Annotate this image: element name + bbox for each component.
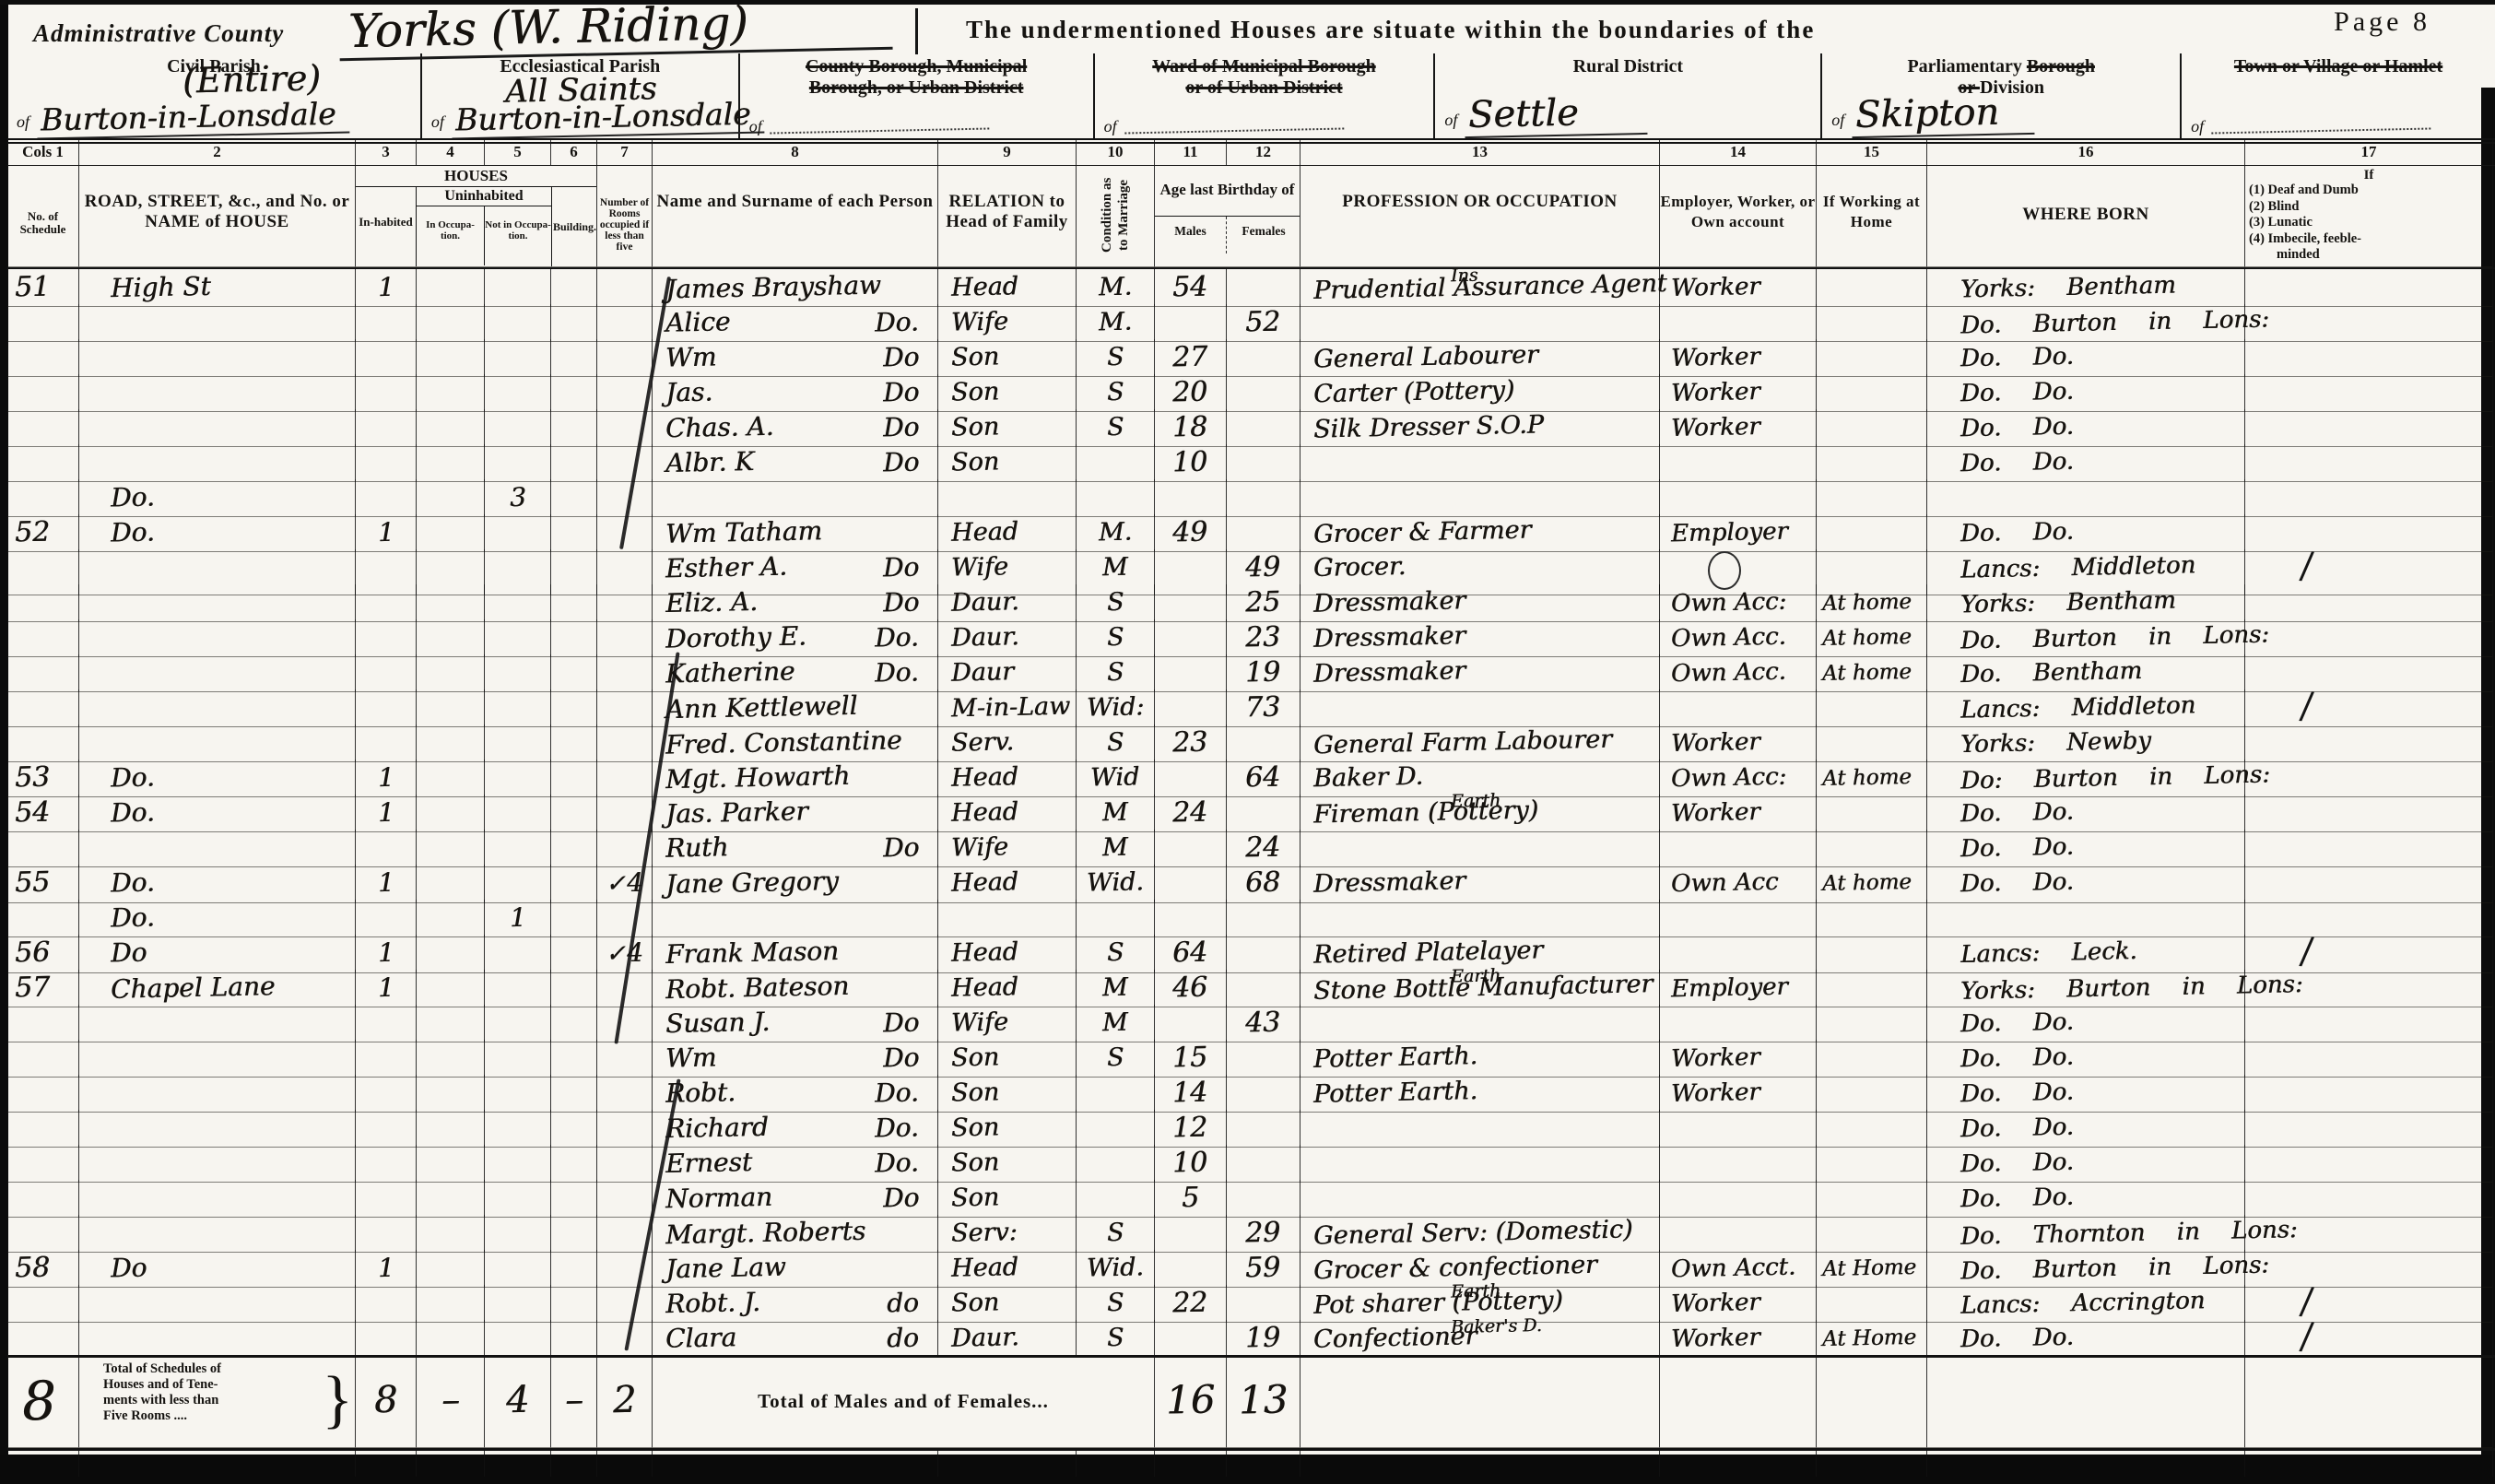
rooms-count (597, 304, 653, 342)
relation-to-head: Son (938, 1285, 1077, 1323)
relation-to-head: Daur (938, 654, 1077, 692)
header-males: Males (1155, 217, 1227, 253)
employer-status: Worker (1660, 1075, 1817, 1113)
header-condition: Condition as to Marriage (1077, 166, 1155, 267)
person-name: WmDo (653, 339, 938, 377)
cell-inhabited-mark: 1 (356, 760, 417, 797)
rooms-count (597, 619, 653, 657)
relation-to-head: Head (938, 514, 1077, 552)
cell-inhabited-mark (356, 1320, 417, 1358)
employer-status (1660, 1180, 1817, 1218)
age-male (1155, 619, 1227, 657)
age-male: 22 (1155, 1285, 1227, 1323)
occupation: Dressmaker (1300, 865, 1660, 903)
column-number: 9 (938, 140, 1077, 165)
cell-in-occupation-mark (417, 724, 485, 762)
census-row: 58Do1Jane LawHeadWid.59Grocer & confecti… (7, 1250, 2495, 1285)
cell-building-mark (551, 1040, 597, 1078)
cell-not-in-occupation-mark (485, 865, 551, 903)
cell-inhabited-mark (356, 584, 417, 622)
cell-inhabited-mark (356, 409, 417, 447)
infirmity-mark (2245, 654, 2493, 692)
cell-building-mark (551, 514, 597, 552)
rooms-count (597, 760, 653, 797)
employer-status (1660, 444, 1817, 482)
working-at-home: At home (1817, 584, 1927, 622)
header-label-segment: Borough, or Urban District (809, 77, 1024, 98)
age-female (1227, 1040, 1300, 1078)
age-female: 59 (1227, 1250, 1300, 1288)
cell-not-in-occupation-mark (485, 1110, 551, 1148)
where-born: Do. Do. (1927, 1145, 2245, 1183)
marriage-condition: S (1077, 584, 1155, 622)
infirmity-mark (2245, 830, 2493, 867)
census-row: Ann KettlewellM-in-LawWid:73Lancs: Middl… (7, 689, 2495, 724)
of-label: of (1104, 117, 1117, 135)
totals-schedule-count: 8 (7, 1358, 79, 1448)
working-at-home: At home (1817, 865, 1927, 903)
parish-script-note: (Entire) (182, 57, 322, 100)
infirmity-mark (2245, 795, 2493, 832)
age-female (1227, 795, 1300, 832)
parish-box-6: Parliamentary Boroughor DivisionofSkipto… (1822, 53, 2182, 138)
occupation: Silk Dresser S.O.P (1300, 409, 1660, 447)
age-male: 64 (1155, 935, 1227, 973)
working-at-home (1817, 900, 1927, 937)
employer-status: Employer (1660, 514, 1817, 552)
occupation: General Labourer (1300, 339, 1660, 377)
census-row: Robt.Do.Son14Potter Earth.WorkerDo. Do. (7, 1075, 2495, 1110)
working-at-home (1817, 374, 1927, 412)
relation-to-head: Wife (938, 1005, 1077, 1042)
working-at-home (1817, 1285, 1927, 1323)
cell-building-mark (551, 1180, 597, 1218)
marriage-condition (1077, 1180, 1155, 1218)
age-male: 10 (1155, 1145, 1227, 1183)
cell-building-mark (551, 830, 597, 867)
schedule-number (7, 304, 79, 342)
cell-inhabited-mark (356, 339, 417, 377)
where-born: Do. Do. (1927, 374, 2245, 412)
age-female (1227, 1180, 1300, 1218)
age-male: 27 (1155, 339, 1227, 377)
person-name: RuthDo (653, 830, 938, 867)
employer-status: Worker (1660, 339, 1817, 377)
age-female (1227, 724, 1300, 762)
cell-in-occupation-mark (417, 1075, 485, 1113)
cell-not-in-occupation-mark (485, 514, 551, 552)
marriage-condition: M. (1077, 514, 1155, 552)
cell-building-mark (551, 1110, 597, 1148)
employer-status: Worker (1660, 374, 1817, 412)
cell-inhabited-mark (356, 724, 417, 762)
parish-box-3: County Borough, MunicipalBorough, or Urb… (740, 53, 1095, 138)
working-at-home (1817, 479, 1927, 517)
marriage-condition (1077, 479, 1155, 517)
cell-in-occupation-mark (417, 900, 485, 937)
schedule-number (7, 830, 79, 867)
census-row: Eliz. A.DoDaur.S25DressmakerOwn Acc:At h… (7, 584, 2495, 619)
relation-to-head (938, 479, 1077, 517)
header-in-occupation: In Occupa-tion. (417, 206, 485, 265)
cell-inhabited-mark: 1 (356, 795, 417, 832)
schedule-number: 51 (7, 269, 79, 307)
cell-in-occupation-mark (417, 1285, 485, 1323)
cell-inhabited-mark: 1 (356, 269, 417, 307)
cell-inhabited-mark (356, 1180, 417, 1218)
cell-in-occupation-mark (417, 830, 485, 867)
rooms-count (597, 900, 653, 937)
cell-not-in-occupation-mark (485, 970, 551, 1007)
stub-cell (597, 1451, 653, 1477)
age-female (1227, 444, 1300, 482)
infirmity-mark (2245, 584, 2493, 622)
occupation: Fireman (Pottery)Earth (1300, 795, 1660, 832)
header-uninhabited: Uninhabited (417, 187, 551, 206)
cell-inhabited-mark (356, 900, 417, 937)
where-born: Do. Do. (1927, 1040, 2245, 1078)
infirmity-mark (2245, 724, 2493, 762)
where-born: Do. Burton in Lons: (1927, 304, 2245, 342)
totals-inhabited: 8 (356, 1358, 417, 1448)
schedule-number (7, 1040, 79, 1078)
road-name: Do. (79, 514, 356, 552)
parish-value: Skipton (1852, 90, 2035, 138)
employer-status (1660, 1005, 1817, 1042)
relation-to-head: M-in-Law (938, 689, 1077, 727)
cell-building-mark (551, 339, 597, 377)
schedule-number (7, 900, 79, 937)
header-label-segment: County Borough, Municipal (806, 56, 1027, 77)
stub-cell (551, 1451, 597, 1477)
cell-in-occupation-mark (417, 689, 485, 727)
census-row: Chas. A.DoSonS18Silk Dresser S.O.PWorker… (7, 409, 2495, 444)
where-born: Do: Burton in Lons: (1927, 760, 2245, 797)
header-age-title: Age last Birthday of (1155, 166, 1300, 216)
occupation: Dressmaker (1300, 619, 1660, 657)
cell-inhabited-mark (356, 1110, 417, 1148)
road-name (79, 444, 356, 482)
cell-not-in-occupation-mark (485, 1285, 551, 1323)
person-name: Robt. Bateson (653, 970, 938, 1007)
cell-inhabited-mark (356, 304, 417, 342)
occupation (1300, 1005, 1660, 1042)
census-row: WmDoSonS27General LabourerWorkerDo. Do. (7, 339, 2495, 374)
totals-empty-infirm (2245, 1358, 2493, 1448)
road-name (79, 584, 356, 622)
cell-in-occupation-mark (417, 584, 485, 622)
infirmity-mark (2245, 479, 2493, 517)
cell-not-in-occupation-mark (485, 444, 551, 482)
infirmity-mark (2245, 1075, 2493, 1113)
where-born: Do. Do. (1927, 444, 2245, 482)
working-at-home: At Home (1817, 1250, 1927, 1288)
marriage-condition (1077, 900, 1155, 937)
rooms-count (597, 584, 653, 622)
census-row: Do.1 (7, 900, 2495, 935)
working-at-home (1817, 514, 1927, 552)
age-male: 18 (1155, 409, 1227, 447)
age-male (1155, 865, 1227, 903)
where-born: Do. Do. (1927, 795, 2245, 832)
employer-status (1660, 304, 1817, 342)
where-born: Do. Do. (1927, 339, 2245, 377)
infirmity-mark (2245, 339, 2493, 377)
parish-value: Burton-in-Lonsdale (37, 95, 349, 139)
brace-glyph: } (322, 1363, 353, 1437)
relation-to-head (938, 900, 1077, 937)
cell-in-occupation-mark (417, 304, 485, 342)
totals-empty-employer (1660, 1358, 1817, 1448)
schedule-number: 53 (7, 760, 79, 797)
census-row: Robt. J.doSonS22Pot sharer (Pottery)Eart… (7, 1285, 2495, 1320)
cell-inhabited-mark (356, 689, 417, 727)
marriage-condition (1077, 444, 1155, 482)
age-female (1227, 1285, 1300, 1323)
person-name: NormanDo (653, 1180, 938, 1218)
parish-box-7: Town or Village or Hamletof (2182, 53, 2495, 138)
cell-inhabited-mark (356, 1005, 417, 1042)
marriage-condition: S (1077, 409, 1155, 447)
schedule-number (7, 444, 79, 482)
person-name: Wm Tatham (653, 514, 938, 552)
parish-script-note: All Saints (504, 70, 656, 110)
header-name: Name and Surname of each Person (653, 166, 938, 267)
relation-to-head: Wife (938, 304, 1077, 342)
schedule-number (7, 374, 79, 412)
census-row: 57Chapel Lane1Robt. BatesonHeadM46Stone … (7, 970, 2495, 1005)
rooms-count (597, 1110, 653, 1148)
column-number: 4 (417, 140, 485, 165)
of-label: of (1444, 111, 1457, 129)
occupation: ConfectionerBaker's D. (1300, 1320, 1660, 1358)
schedule-number (7, 1215, 79, 1253)
age-female (1227, 514, 1300, 552)
employer-status: Worker (1660, 1285, 1817, 1323)
stub-cell (485, 1451, 551, 1477)
cell-inhabited-mark (356, 374, 417, 412)
rooms-count (597, 1285, 653, 1323)
working-at-home (1817, 795, 1927, 832)
road-name (79, 1320, 356, 1358)
where-born: Yorks: Bentham (1927, 584, 2245, 622)
cell-in-occupation-mark (417, 514, 485, 552)
stub-cell (1660, 1451, 1817, 1477)
relation-to-head: Son (938, 1040, 1077, 1078)
cell-building-mark (551, 900, 597, 937)
cell-inhabited-mark (356, 619, 417, 657)
employer-status: Worker (1660, 409, 1817, 447)
road-name (79, 1180, 356, 1218)
cell-inhabited-mark (356, 1145, 417, 1183)
person-name: Fred. Constantine (653, 724, 938, 762)
infirmity-mark (2245, 900, 2493, 937)
infirmity-mark: ∕ (2245, 689, 2493, 727)
stub-cell (1927, 1451, 2245, 1477)
where-born: Do. Do. (1927, 409, 2245, 447)
road-name (79, 339, 356, 377)
marriage-condition: M. (1077, 304, 1155, 342)
infirmity-mark (2245, 1145, 2493, 1183)
road-name (79, 1040, 356, 1078)
relation-to-head: Head (938, 269, 1077, 307)
column-number: 7 (597, 140, 653, 165)
working-at-home (1817, 1040, 1927, 1078)
header-houses-group: HOUSES In-habited Uninhabited In Occupa-… (356, 166, 597, 267)
where-born: Do. Do. (1927, 830, 2245, 867)
person-name: Jas.Do (653, 374, 938, 412)
age-female (1227, 970, 1300, 1007)
age-female (1227, 1145, 1300, 1183)
census-row: Dorothy E.Do.Daur.S23DressmakerOwn Acc.A… (7, 619, 2495, 654)
marriage-condition: Wid (1077, 760, 1155, 797)
relation-to-head: Son (938, 1145, 1077, 1183)
cell-inhabited-mark (356, 1215, 417, 1253)
person-name (653, 479, 938, 517)
stub-cell (1077, 1451, 1155, 1477)
cell-not-in-occupation-mark (485, 269, 551, 307)
relation-to-head: Son (938, 409, 1077, 447)
of-label: of (431, 112, 444, 131)
totals-not-in-occupation: 4 (485, 1358, 551, 1448)
road-name (79, 1285, 356, 1323)
occupation: Prudential Assurance AgentIns (1300, 269, 1660, 307)
totals-empty-at-home (1817, 1358, 1927, 1448)
marriage-condition: Wid. (1077, 1250, 1155, 1288)
infirmity-mark (2245, 619, 2493, 657)
schedule-number: 56 (7, 935, 79, 973)
cell-inhabited-mark (356, 444, 417, 482)
schedule-number (7, 1005, 79, 1042)
relation-to-head: Son (938, 374, 1077, 412)
relation-to-head: Son (938, 444, 1077, 482)
schedule-number (7, 339, 79, 377)
employer-status (1660, 900, 1817, 937)
cell-in-occupation-mark (417, 970, 485, 1007)
cell-building-mark (551, 1250, 597, 1288)
schedule-number (7, 1180, 79, 1218)
road-name (79, 1075, 356, 1113)
employer-status: Worker (1660, 269, 1817, 307)
header-label-segment: Rural District (1573, 56, 1683, 77)
working-at-home (1817, 1180, 1927, 1218)
rooms-count (597, 1040, 653, 1078)
where-born: Do. Do. (1927, 1320, 2245, 1358)
working-at-home (1817, 1005, 1927, 1042)
age-female (1227, 269, 1300, 307)
header-where-born: WHERE BORN (1927, 166, 2245, 267)
cell-in-occupation-mark (417, 654, 485, 692)
cell-in-occupation-mark (417, 865, 485, 903)
age-male: 5 (1155, 1180, 1227, 1218)
employer-status: Own Acc: (1660, 584, 1817, 622)
cell-in-occupation-mark (417, 339, 485, 377)
census-row: ErnestDo.Son10Do. Do. (7, 1145, 2495, 1180)
occupation: Stone Bottle ManufacturerEarth (1300, 970, 1660, 1007)
working-at-home (1817, 339, 1927, 377)
header-inhabited: In-habited (356, 187, 417, 266)
header-age-group: Age last Birthday of Males Females (1155, 166, 1300, 267)
person-name: ErnestDo. (653, 1145, 938, 1183)
employer-status (1660, 830, 1817, 867)
person-name: Jas. Parker (653, 795, 938, 832)
cell-in-occupation-mark (417, 444, 485, 482)
relation-to-head: Daur. (938, 619, 1077, 657)
age-female: 64 (1227, 760, 1300, 797)
schedule-number (7, 1320, 79, 1358)
census-row: WmDoSonS15Potter Earth.WorkerDo. Do. (7, 1040, 2495, 1075)
schedule-number (7, 409, 79, 447)
cell-building-mark (551, 269, 597, 307)
road-name (79, 409, 356, 447)
rooms-count (597, 1145, 653, 1183)
infirmity-mark (2245, 760, 2493, 797)
working-at-home (1817, 409, 1927, 447)
person-name: Albr. KDo (653, 444, 938, 482)
cell-building-mark (551, 304, 597, 342)
schedule-number: 52 (7, 514, 79, 552)
cell-building-mark (551, 689, 597, 727)
header-infirmities: If (1) Deaf and Dumb (2) Blind (3) Lunat… (2245, 166, 2493, 267)
census-row: Albr. KDoSon10Do. Do. (7, 444, 2495, 479)
schedule-number: 55 (7, 865, 79, 903)
cell-in-occupation-mark (417, 1110, 485, 1148)
parish-box-1: Civil Parish(Entire)ofBurton-in-Lonsdale (7, 53, 422, 138)
schedule-number (7, 654, 79, 692)
rooms-count (597, 724, 653, 762)
cell-not-in-occupation-mark (485, 339, 551, 377)
schedule-number (7, 1285, 79, 1323)
rooms-count (597, 654, 653, 692)
header-building: Building. (551, 187, 597, 266)
occupation: General Farm Labourer (1300, 724, 1660, 762)
marriage-condition: S (1077, 619, 1155, 657)
cell-building-mark (551, 935, 597, 973)
census-row: Margt. RobertsServ:S29General Serv: (Dom… (7, 1215, 2495, 1250)
totals-rooms: 2 (597, 1358, 653, 1448)
person-name: Jane Law (653, 1250, 938, 1288)
where-born: Yorks: Bentham (1927, 269, 2245, 307)
employer-status (1660, 1110, 1817, 1148)
column-headers-row: No. of Schedule ROAD, STREET, &c., and N… (7, 166, 2495, 269)
working-at-home (1817, 935, 1927, 973)
schedule-number (7, 689, 79, 727)
age-female: 19 (1227, 654, 1300, 692)
employer-status: Own Acct. (1660, 1250, 1817, 1288)
age-female (1227, 339, 1300, 377)
age-female (1227, 479, 1300, 517)
cell-in-occupation-mark (417, 1145, 485, 1183)
age-female: 68 (1227, 865, 1300, 903)
road-name: Do. (79, 865, 356, 903)
cell-inhabited-mark: 1 (356, 865, 417, 903)
employer-status (1660, 935, 1817, 973)
census-row: 53Do.1Mgt. HowarthHeadWid64Baker D.Own A… (7, 760, 2495, 795)
column-number: 11 (1155, 140, 1227, 165)
marriage-condition (1077, 1145, 1155, 1183)
age-female (1227, 409, 1300, 447)
cell-in-occupation-mark (417, 1320, 485, 1358)
admin-header-band: Administrative County Yorks (W. Riding) … (7, 5, 2495, 55)
census-row: 52Do.1Wm TathamHeadM.49Grocer & FarmerEm… (7, 514, 2495, 549)
cell-in-occupation-mark (417, 409, 485, 447)
totals-empty-born (1927, 1358, 2245, 1448)
road-name (79, 689, 356, 727)
road-name (79, 619, 356, 657)
stub-cell (1155, 1451, 1227, 1477)
relation-to-head: Wife (938, 830, 1077, 867)
age-female: 43 (1227, 1005, 1300, 1042)
